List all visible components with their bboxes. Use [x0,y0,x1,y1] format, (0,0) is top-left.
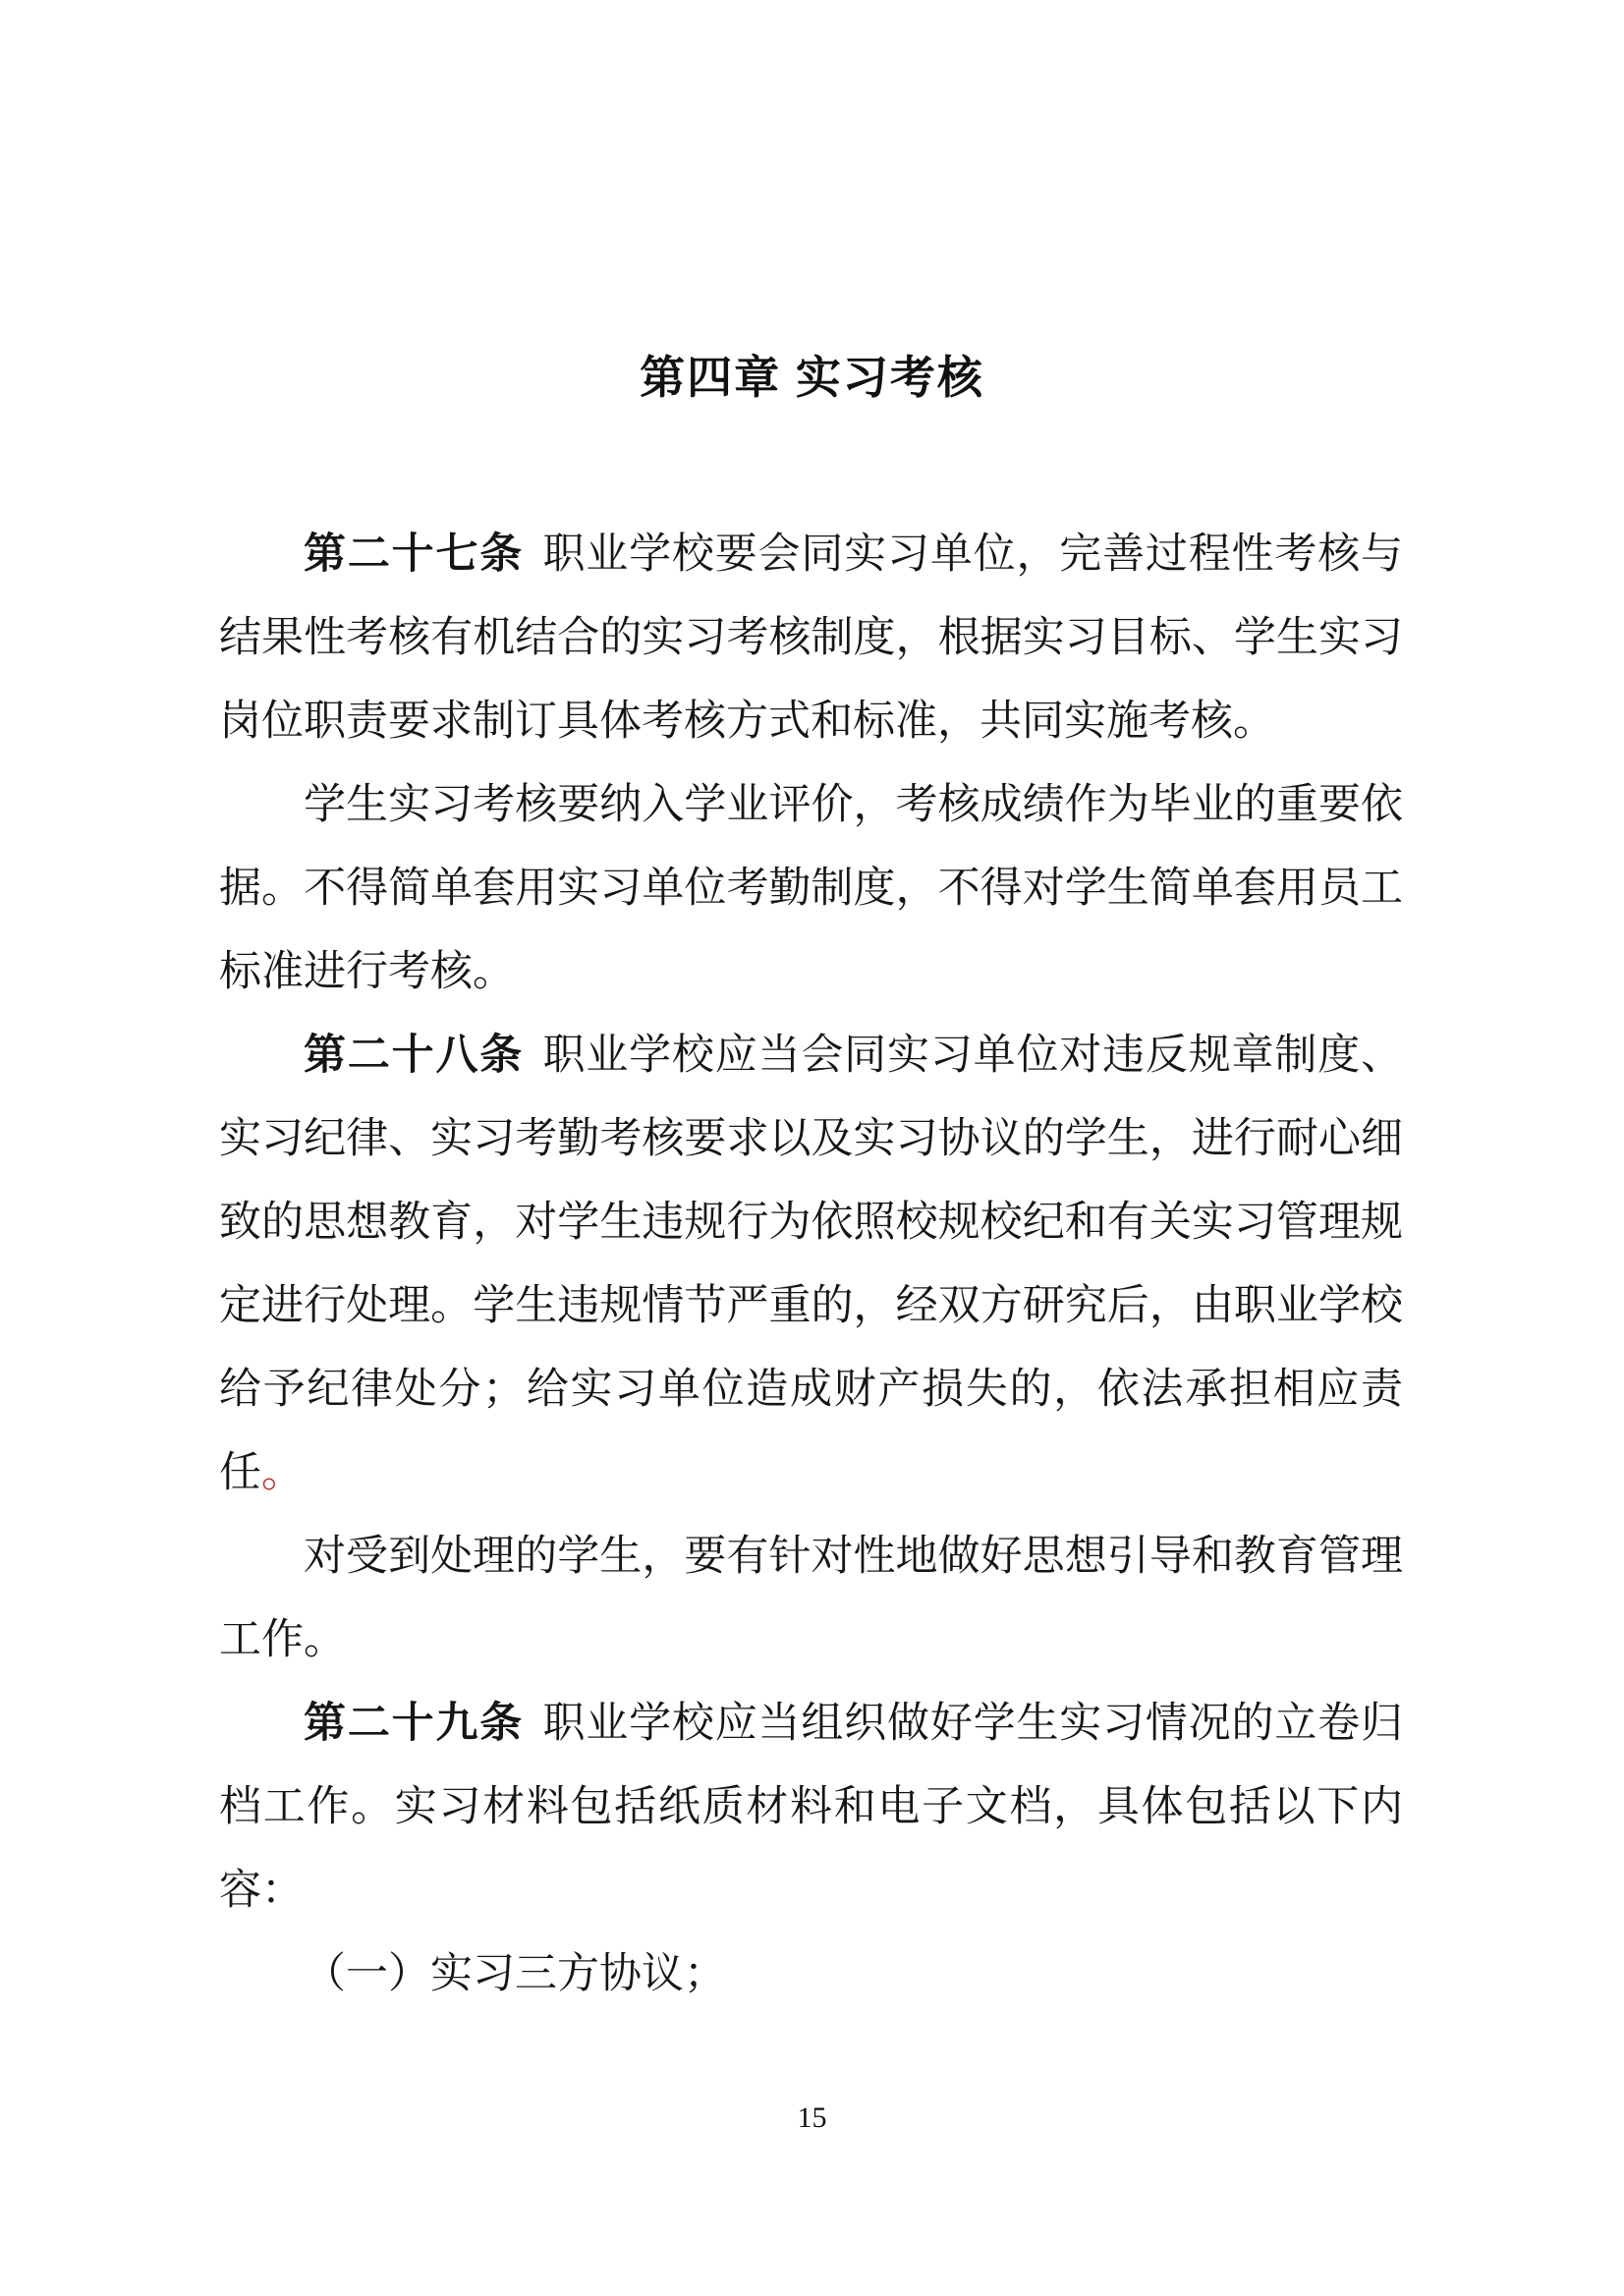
paragraph-assessment-basis: 学生实习考核要纳入学业评价，考核成绩作为毕业的重要依据。不得简单套用实习单位考勤… [219,763,1403,1014]
paragraph-guidance: 对受到处理的学生，要有针对性地做好思想引导和教育管理工作。 [219,1515,1403,1682]
document-page: 第四章 实习考核 第二十七条职业学校要会同实习单位，完善过程性考核与结果性考核有… [0,0,1624,2296]
paragraph-text: 学生实习考核要纳入学业评价，考核成绩作为毕业的重要依据。不得简单套用实习单位考勤… [219,782,1403,995]
article-number: 第二十七条 [304,532,524,578]
page-number: 15 [0,2100,1624,2136]
paragraph-text: 职业学校应当会同实习单位对违反规章制度、实习纪律、实习考勤考核要求以及实习协议的… [219,1033,1403,1496]
red-period: 。 [261,1450,304,1496]
paragraph-list-item-1: （一）实习三方协议； [219,1932,1403,2016]
paragraph-text: 对受到处理的学生，要有针对性地做好思想引导和教育管理工作。 [219,1534,1403,1663]
article-number: 第二十九条 [304,1701,524,1747]
chapter-title: 第四章 实习考核 [0,350,1624,405]
paragraph-article-28: 第二十八条职业学校应当会同实习单位对违反规章制度、实习纪律、实习考勤考核要求以及… [219,1014,1403,1515]
paragraph-article-27: 第二十七条职业学校要会同实习单位，完善过程性考核与结果性考核有机结合的实习考核制… [219,513,1403,763]
paragraph-text: （一）实习三方协议； [304,1951,726,1997]
article-number: 第二十八条 [304,1033,524,1079]
paragraph-article-29: 第二十九条职业学校应当组织做好学生实习情况的立卷归档工作。实习材料包括纸质材料和… [219,1682,1403,1932]
document-body: 第二十七条职业学校要会同实习单位，完善过程性考核与结果性考核有机结合的实习考核制… [219,513,1403,2016]
